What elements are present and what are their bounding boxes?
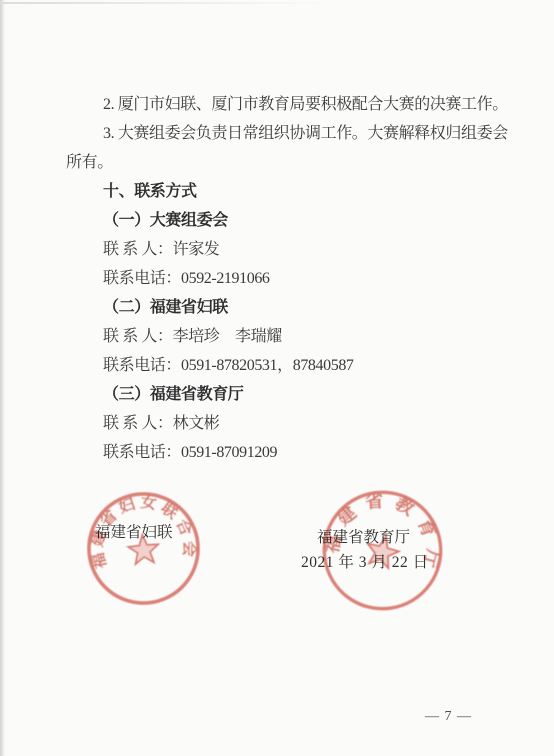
subsection-heading: （一）大赛组委会 [66, 206, 496, 235]
contact-person-line: 联 系 人：李培珍 李瑞耀 [66, 322, 496, 351]
page-number: — 7 — [425, 709, 472, 725]
scan-edge-artifact [0, 0, 5, 756]
paragraph-line: 所有。 [66, 148, 496, 177]
paragraph-line: 3. 大赛组委会负责日常组织协调工作。大赛解释权归组委会 [66, 119, 496, 148]
issuer-name-education-department: 福建省教育厅 [317, 525, 410, 547]
subsection-heading: （三）福建省教育厅 [66, 380, 496, 409]
subsection-heading: （二）福建省妇联 [66, 293, 496, 322]
contact-person-line: 联 系 人：许家发 [66, 235, 496, 264]
section-heading: 十、联系方式 [66, 177, 496, 206]
contact-phone-line: 联系电话：0592-2191066 [66, 264, 496, 293]
document-body: 2. 厦门市妇联、厦门市教育局要积极配合大赛的决赛工作。 3. 大赛组委会负责日… [66, 90, 496, 467]
contact-person-line: 联 系 人：林文彬 [66, 409, 496, 438]
official-seal-women-federation: 福建省妇女联合会 [79, 484, 208, 613]
contact-phone-line: 联系电话：0591-87091209 [66, 438, 496, 467]
issuer-name-women-federation: 福建省妇联 [95, 520, 173, 542]
scan-edge-artifact [0, 2, 335, 4]
document-date: 2021 年 3 月 22 日 [301, 550, 429, 572]
paragraph-line: 2. 厦门市妇联、厦门市教育局要积极配合大赛的决赛工作。 [66, 90, 496, 119]
contact-phone-line: 联系电话：0591-87820531，87840587 [66, 351, 496, 380]
